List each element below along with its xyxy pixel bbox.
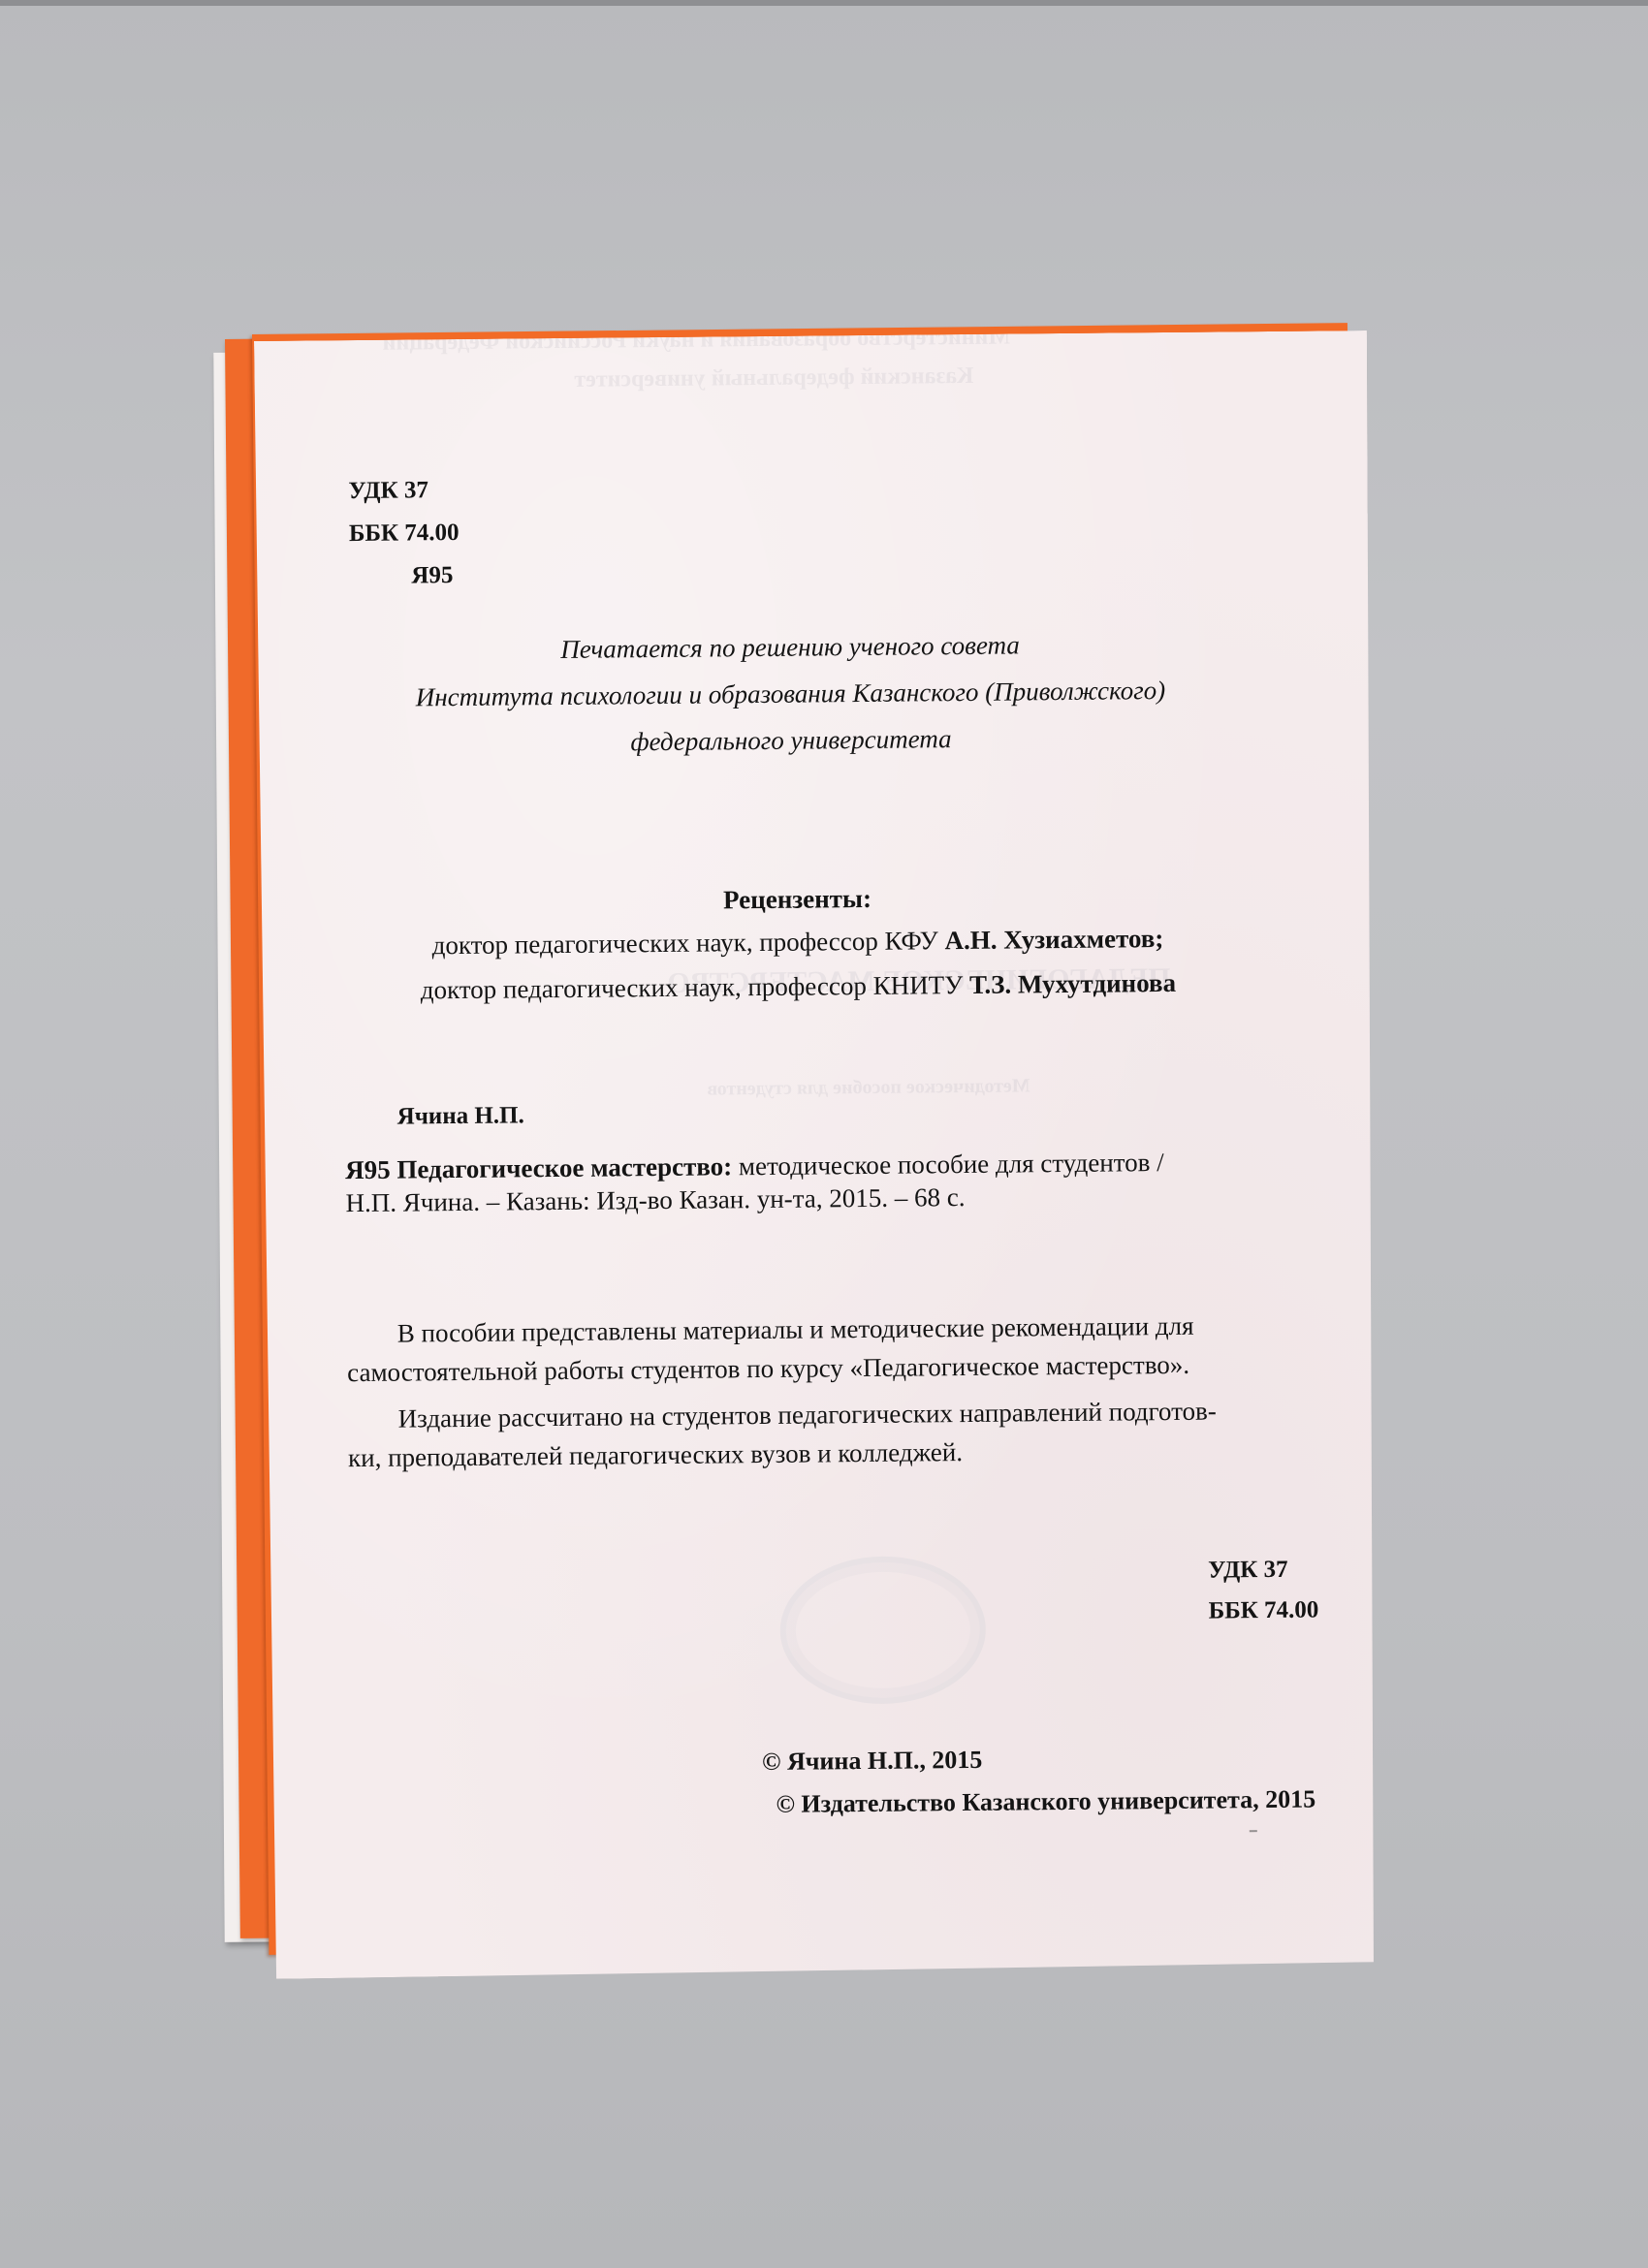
bib-imprint: Н.П. Ячина. – Казань: Изд-во Казан. ун-т… [345, 1178, 965, 1222]
booklet: Министерство образования и науки Российс… [0, 0, 1648, 2268]
stamp-ghost [779, 1556, 986, 1705]
reviewer-1-title: доктор педагогических наук, профессор КФ… [431, 926, 937, 960]
bleed-through-text: Методическое пособие для студентов [707, 1075, 1030, 1100]
bib-subtitle: методическое пособие для студентов / [739, 1148, 1164, 1181]
udk-code-bottom: УДК 37 [1208, 1557, 1288, 1585]
annotation-p2-line1: Издание рассчитано на студентов педагоги… [397, 1392, 1217, 1438]
annotation-p2-line2: ки, преподавателей педагогических вузов … [348, 1433, 963, 1477]
bib-sign: Я95 [345, 1155, 391, 1184]
bib-title: Педагогическое мастерство: [396, 1151, 732, 1183]
bib-author: Ячина Н.П. [397, 1102, 524, 1130]
reviewer-2-title: доктор педагогических наук, профессор КН… [421, 970, 964, 1004]
approval-line-2: Института психологии и образования Казан… [257, 666, 1323, 721]
copyright-author: © Ячина Н.П., 2015 [762, 1746, 983, 1777]
bleed-through-text: Казанский федеральный университет [574, 363, 973, 394]
author-sign: Я95 [411, 562, 453, 589]
reviewer-1-name: А.Н. Хузиахметов; [944, 924, 1163, 955]
annotation-p1-line2: самостоятельной работы студентов по курс… [347, 1345, 1189, 1392]
reviewer-1: доктор педагогических наук, профессор КФ… [260, 922, 1336, 962]
dust-speck [1250, 1830, 1257, 1832]
title-verso-page: Министерство образования и науки Российс… [254, 331, 1382, 1979]
copyright-publisher: © Издательство Казанского университета, … [776, 1785, 1315, 1819]
bbk-code: ББК 74.00 [349, 520, 460, 548]
reviewer-2: доктор педагогических наук, профессор КН… [260, 966, 1336, 1007]
udk-code: УДК 37 [348, 477, 428, 505]
approval-line-3: федерального университета [258, 712, 1324, 768]
approval-line-1: Печатается по решению ученого совета [257, 619, 1323, 675]
reviewers-heading: Рецензенты: [259, 879, 1335, 920]
reviewer-2-name: Т.З. Мухутдинова [969, 968, 1176, 999]
bbk-code-bottom: ББК 74.00 [1208, 1597, 1318, 1625]
